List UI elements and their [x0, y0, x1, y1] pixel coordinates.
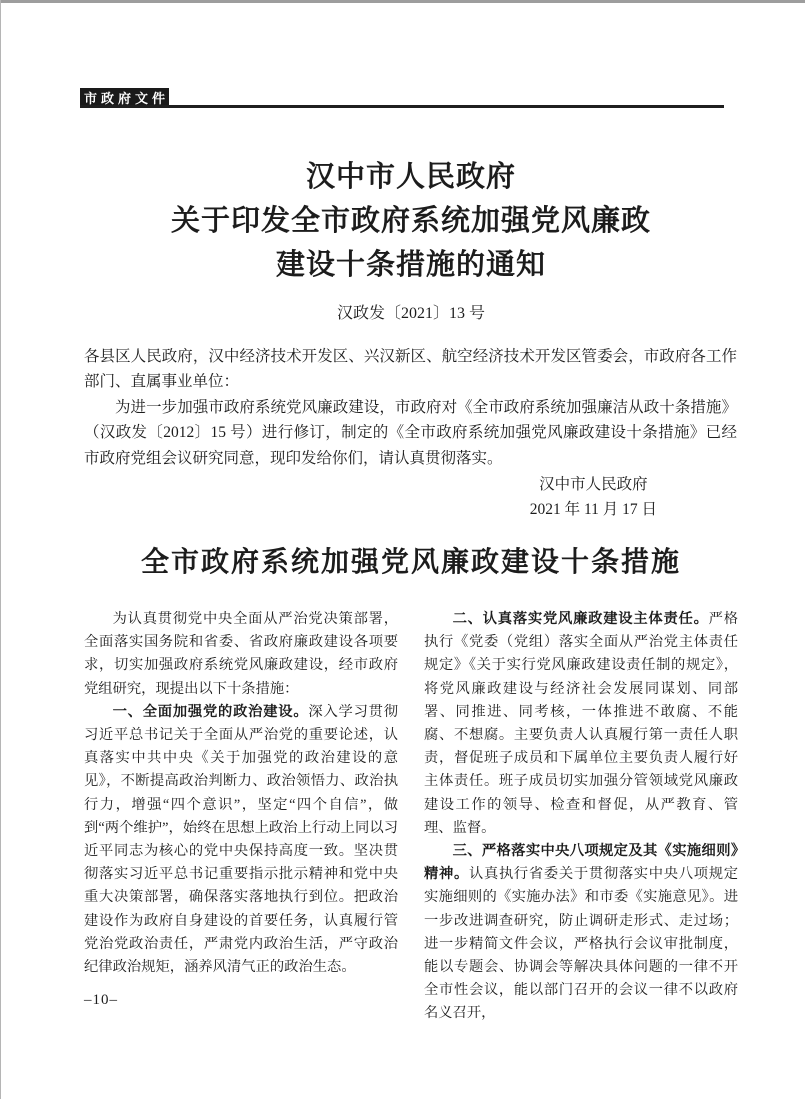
- document-title-line-2: 关于印发全市政府系统加强党风廉政: [84, 199, 738, 243]
- attachment-intro: 为认真贯彻党中央全面从严治党决策部署，全面落实国务院和省委、省政府廉政建设各项要…: [84, 608, 398, 701]
- signature-block: 汉中市人民政府 2021 年 11 月 17 日: [530, 472, 657, 523]
- column-left: 为认真贯彻党中央全面从严治党决策部署，全面落实国务院和省委、省政府廉政建设各项要…: [84, 608, 398, 1026]
- signature-date: 2021 年 11 月 17 日: [530, 497, 657, 522]
- measure-item-1: 一、全面加强党的政治建设。深入学习贯彻习近平总书记关于全面从严治党的重要论述，认…: [84, 701, 398, 979]
- header-rule: [80, 105, 724, 108]
- measure-1-text: 深入学习贯彻习近平总书记关于全面从严治党的重要论述，认真落实中共中央《关于加强党…: [84, 704, 398, 975]
- page-number: –10–: [84, 992, 118, 1009]
- measure-item-3: 三、严格落实中央八项规定及其《实施细则》精神。认真执行省委关于贯彻落实中央八项规…: [424, 840, 738, 1026]
- scan-edge-left: [0, 0, 1, 1099]
- signer-name: 汉中市人民政府: [530, 472, 657, 497]
- notice-paragraph: 为进一步加强市政府系统党风廉政建设，市政府对《全市政府系统加强廉洁从政十条措施》…: [84, 395, 737, 471]
- salutation: 各县区人民政府，汉中经济技术开发区、兴汉新区、航空经济技术开发区管委会，市政府各…: [84, 344, 737, 395]
- attachment-title: 全市政府系统加强党风廉政建设十条措施: [84, 540, 738, 580]
- column-right: 二、认真落实党风廉政建设主体责任。严格执行《党委（党组）落实全面从严治党主体责任…: [424, 608, 738, 1026]
- notice-body: 各县区人民政府，汉中经济技术开发区、兴汉新区、航空经济技术开发区管委会，市政府各…: [84, 344, 737, 471]
- scan-edge-top: [0, 0, 805, 3]
- measure-3-text: 认真执行省委关于贯彻落实中央八项规定实施细则的《实施办法》和市委《实施意见》。进…: [424, 866, 738, 1021]
- attachment-body: 为认真贯彻党中央全面从严治党决策部署，全面落实国务院和省委、省政府廉政建设各项要…: [84, 608, 738, 1026]
- measure-1-lead: 一、全面加强党的政治建设。: [113, 704, 309, 720]
- document-title-line-1: 汉中市人民政府: [84, 155, 738, 199]
- measure-item-2: 二、认真落实党风廉政建设主体责任。严格执行《党委（党组）落实全面从严治党主体责任…: [424, 608, 738, 840]
- measure-2-lead: 二、认真落实党风廉政建设主体责任。: [453, 611, 709, 627]
- document-title-line-3: 建设十条措施的通知: [84, 243, 738, 287]
- measure-2-text: 严格执行《党委（党组）落实全面从严治党主体责任规定》《关于实行党风廉政建设责任制…: [424, 611, 738, 836]
- document-number: 汉政发〔2021〕13 号: [84, 300, 738, 323]
- document-title: 汉中市人民政府 关于印发全市政府系统加强党风廉政 建设十条措施的通知: [84, 155, 738, 287]
